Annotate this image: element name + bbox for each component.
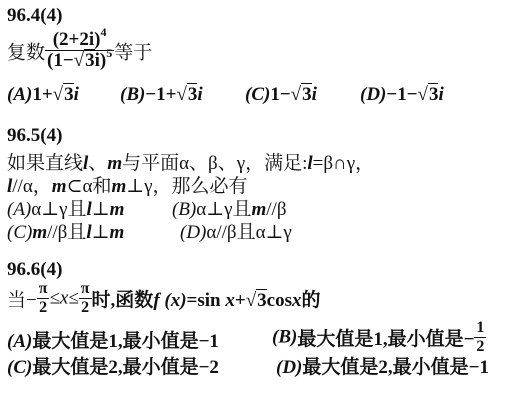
problem-number: 96.5(4) [7,125,62,147]
fraction: (2+2i)4 (1−√3i)5 [45,30,114,72]
option-c: (C)最大值是2,最小值是−2 [7,352,219,379]
problem-number: 96.6(4) [7,259,62,281]
option-c: (C)1−√3i [245,84,317,106]
option-b: (B)最大值是1,最小值是−12 [272,320,486,355]
option-d: (D)−1−√3i [360,84,444,106]
problem-stem: 复数 (2+2i)4 (1−√3i)5 等于 [7,30,152,72]
option-a: (A)最大值是1,最小值是−1 [7,326,219,353]
option-a: (A)1+√3i [7,84,79,106]
option-c: (C)m//β且l⊥m [7,217,124,244]
problem-number: 96.4(4) [7,5,62,27]
option-d: (D)α//β且α⊥γ [180,217,292,244]
option-d: (D)最大值是2,最小值是−1 [276,352,489,379]
fraction: π2 [37,281,50,316]
sqrt-symbol: √3 [74,51,95,72]
option-b: (B)−1+√3i [120,84,203,106]
problem-stem: 当−π2≤x≤π2时,函数f (x)=sin x+√3cosx的 [7,281,320,316]
fraction: π2 [79,281,92,316]
